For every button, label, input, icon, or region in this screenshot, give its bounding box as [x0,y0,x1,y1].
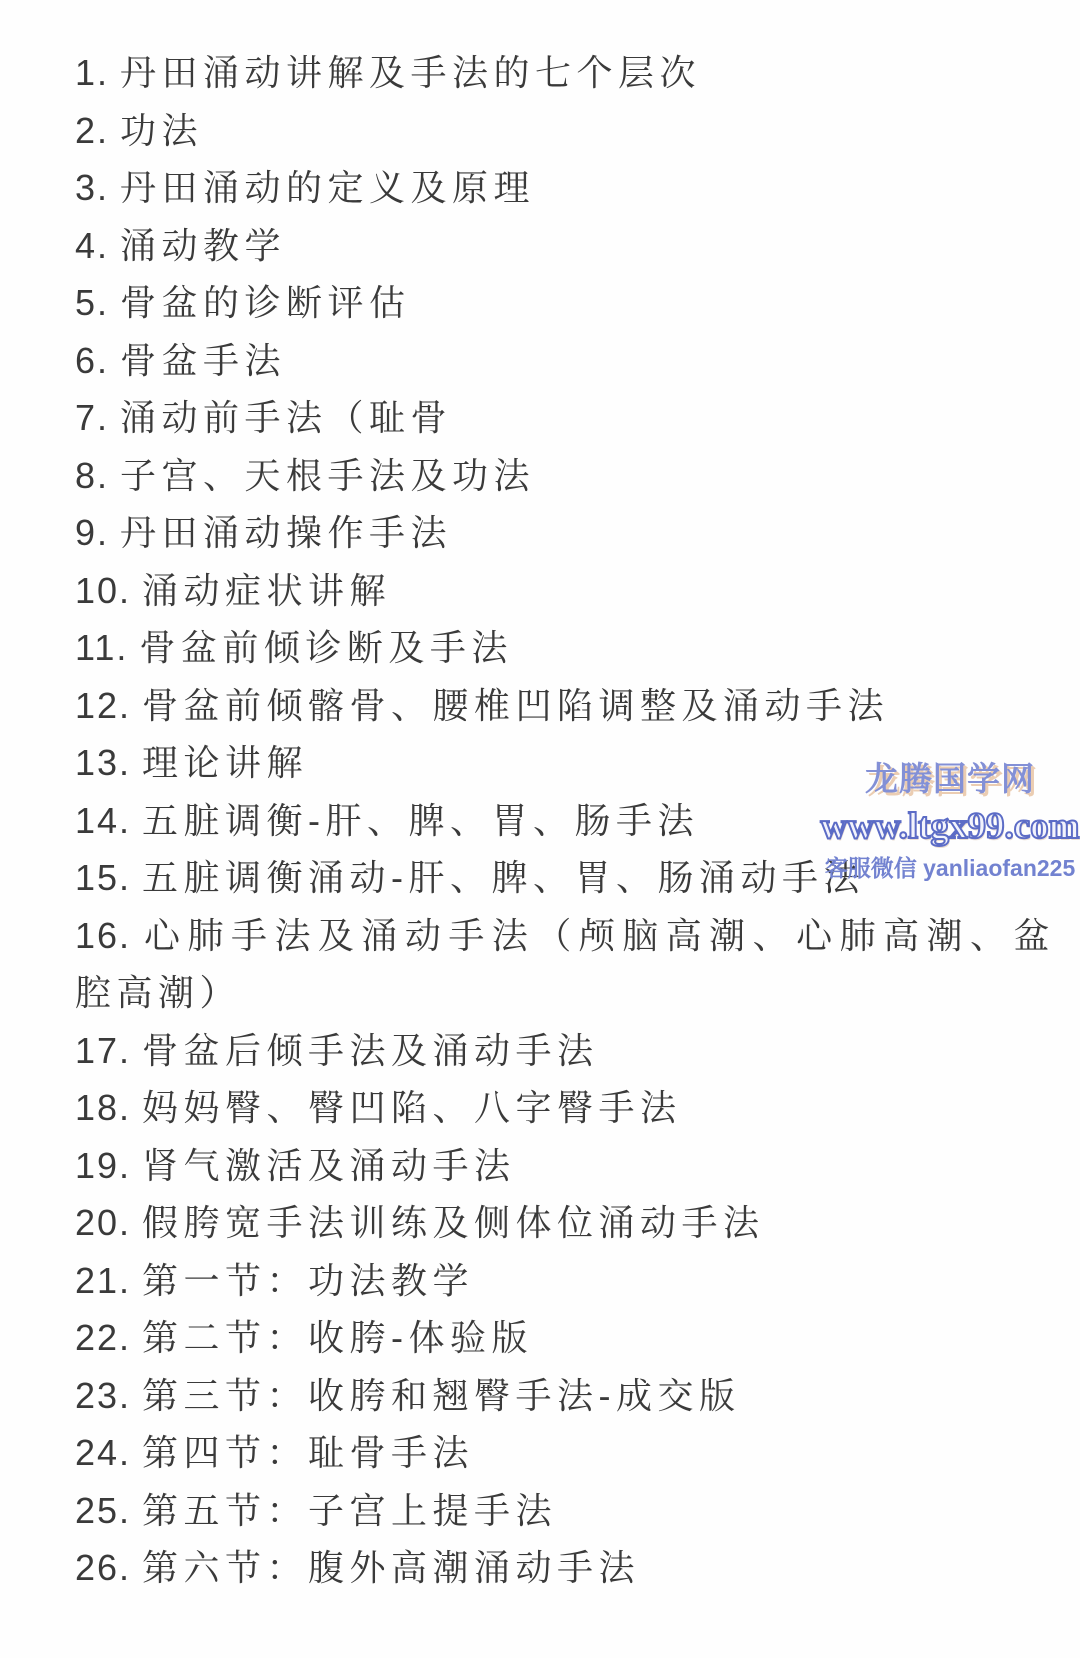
list-item: 22.第二节：收胯-体验版 [75,1309,1055,1367]
item-text: 五脏调衡-肝、脾、胃、肠手法 [142,800,699,841]
item-number: 26. [75,1547,131,1588]
list-item: 5.骨盆的诊断评估 [75,274,1055,332]
item-text: 涌动前手法（耻骨 [120,397,452,438]
list-item: 12.骨盆前倾髂骨、腰椎凹陷调整及涌动手法 [75,677,1055,735]
item-number: 13. [75,742,131,783]
item-text: 第三节：收胯和翘臀手法-成交版 [142,1375,741,1416]
item-number: 25. [75,1490,131,1531]
item-number: 18. [75,1087,131,1128]
list-item: 14.五脏调衡-肝、脾、胃、肠手法 [75,792,1055,850]
item-number: 16. [75,915,131,956]
item-number: 22. [75,1317,131,1358]
list-item: 17.骨盆后倾手法及涌动手法 [75,1022,1055,1080]
item-text: 骨盆的诊断评估 [120,282,411,323]
item-text: 涌动症状讲解 [142,570,391,611]
list-item: 24.第四节：耻骨手法 [75,1424,1055,1482]
item-number: 10. [75,570,131,611]
item-number: 12. [75,685,131,726]
list-item: 7.涌动前手法（耻骨 [75,389,1055,447]
item-text: 骨盆前倾髂骨、腰椎凹陷调整及涌动手法 [142,685,889,726]
item-text: 肾气激活及涌动手法 [142,1145,516,1186]
list-item: 26.第六节：腹外高潮涌动手法 [75,1539,1055,1597]
list-item: 4.涌动教学 [75,217,1055,275]
item-text: 理论讲解 [142,742,308,783]
list-item: 16.心肺手法及涌动手法（颅脑高潮、心肺高潮、盆腔高潮） [75,907,1055,1022]
item-number: 15. [75,857,131,898]
item-text: 第五节：子宫上提手法 [142,1490,557,1531]
item-text: 丹田涌动操作手法 [120,512,452,553]
list-item: 9.丹田涌动操作手法 [75,504,1055,562]
item-number: 7. [75,397,109,438]
item-text: 第六节：腹外高潮涌动手法 [142,1547,640,1588]
list-item: 8.子宫、天根手法及功法 [75,447,1055,505]
list-item: 1.丹田涌动讲解及手法的七个层次 [75,44,1055,102]
item-number: 17. [75,1030,131,1071]
item-text: 假胯宽手法训练及侧体位涌动手法 [142,1202,765,1243]
item-text: 丹田涌动的定义及原理 [120,167,535,208]
item-number: 14. [75,800,131,841]
item-text: 骨盆后倾手法及涌动手法 [142,1030,599,1071]
item-number: 20. [75,1202,131,1243]
item-number: 4. [75,225,109,266]
item-text: 五脏调衡涌动-肝、脾、胃、肠涌动手法 [142,857,865,898]
item-text: 功法 [120,110,203,151]
item-number: 19. [75,1145,131,1186]
item-number: 1. [75,52,109,93]
list-item: 23.第三节：收胯和翘臀手法-成交版 [75,1367,1055,1425]
list-item: 2.功法 [75,102,1055,160]
list-item: 25.第五节：子宫上提手法 [75,1482,1055,1540]
list-item: 10.涌动症状讲解 [75,562,1055,620]
item-text: 子宫、天根手法及功法 [120,455,535,496]
list-item: 18.妈妈臀、臀凹陷、八字臀手法 [75,1079,1055,1137]
item-number: 5. [75,282,109,323]
item-text: 第四节：耻骨手法 [142,1432,474,1473]
item-number: 8. [75,455,109,496]
item-number: 23. [75,1375,131,1416]
item-number: 21. [75,1260,131,1301]
item-text: 第二节：收胯-体验版 [142,1317,533,1358]
item-text: 妈妈臀、臀凹陷、八字臀手法 [142,1087,682,1128]
course-list: 1.丹田涌动讲解及手法的七个层次2.功法3.丹田涌动的定义及原理4.涌动教学5.… [0,0,1080,1597]
item-text: 第一节：功法教学 [142,1260,474,1301]
item-text: 丹田涌动讲解及手法的七个层次 [120,52,701,93]
item-text: 涌动教学 [120,225,286,266]
item-number: 9. [75,512,109,553]
item-number: 11. [75,627,128,668]
list-item: 21.第一节：功法教学 [75,1252,1055,1310]
item-number: 24. [75,1432,131,1473]
list-item: 11.骨盆前倾诊断及手法 [75,619,1055,677]
list-item: 3.丹田涌动的定义及原理 [75,159,1055,217]
item-number: 6. [75,340,109,381]
item-text: 心肺手法及涌动手法（颅脑高潮、心肺高潮、盆腔高潮） [75,915,1055,1014]
list-item: 19.肾气激活及涌动手法 [75,1137,1055,1195]
item-number: 2. [75,110,109,151]
list-item: 13.理论讲解 [75,734,1055,792]
list-item: 6.骨盆手法 [75,332,1055,390]
item-text: 骨盆手法 [120,340,286,381]
list-item: 15.五脏调衡涌动-肝、脾、胃、肠涌动手法 [75,849,1055,907]
item-text: 骨盆前倾诊断及手法 [139,627,513,668]
item-number: 3. [75,167,109,208]
list-item: 20.假胯宽手法训练及侧体位涌动手法 [75,1194,1055,1252]
